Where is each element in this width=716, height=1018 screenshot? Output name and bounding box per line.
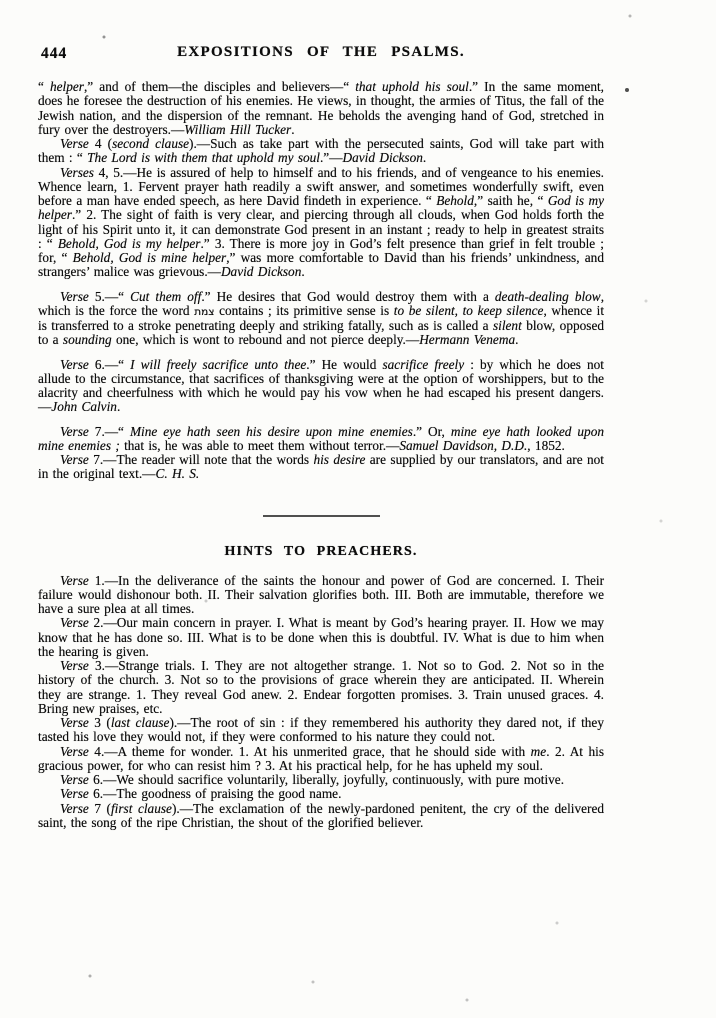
text-segment: 7.—The reader will note that the words xyxy=(89,452,314,467)
paragraph: Verse 6.—We should sacrifice voluntarily… xyxy=(38,773,604,787)
italic-text-segment: Verse xyxy=(60,658,89,673)
italic-text-segment: David Dickson xyxy=(343,150,423,165)
italic-text-segment: Verse xyxy=(60,289,89,304)
hebrew-word: צמת xyxy=(194,306,214,318)
text-segment: ,” saith he, “ xyxy=(474,193,548,208)
italic-text-segment: sounding xyxy=(63,332,112,347)
italic-text-segment: Cut them off xyxy=(130,289,201,304)
text-segment: . xyxy=(117,399,120,414)
text-segment: .” He desires that God would destroy the… xyxy=(201,289,495,304)
italic-text-segment: first clause xyxy=(111,801,172,816)
italic-text-segment: Verse xyxy=(60,452,89,467)
paragraph: Verse 7 (first clause).—The exclamation … xyxy=(38,802,604,831)
italic-text-segment: Verse xyxy=(60,715,89,730)
paragraph: Verse 6.—“ I will freely sacrifice unto … xyxy=(38,358,604,415)
text-segment: , 1852. xyxy=(527,438,565,453)
italic-text-segment: Verse xyxy=(60,357,89,372)
text-segment: 1.—In the deliverance of the saints the … xyxy=(38,573,604,617)
text-segment: 4.—A theme for wonder. 1. At his unmerit… xyxy=(89,744,531,759)
text-segment: 7.—“ xyxy=(89,424,130,439)
italic-text-segment: John Calvin xyxy=(51,399,117,414)
italic-text-segment: William Hill Tucker xyxy=(184,122,291,137)
paragraph: Verse 7.—The reader will note that the w… xyxy=(38,453,604,482)
paragraph: Verse 5.—“ Cut them off.” He desires tha… xyxy=(38,290,604,348)
paragraph: Verse 3.—Strange trials. I. They are not… xyxy=(38,659,604,716)
paragraph: “ helper,” and of them—the disciples and… xyxy=(38,80,604,137)
text-segment: ,” and of them—the disciples and believe… xyxy=(84,79,355,94)
italic-text-segment: The Lord is with them that uphold my sou… xyxy=(87,150,320,165)
text-segment: one, which is wont to rebound and not pi… xyxy=(112,332,420,347)
italic-text-segment: Samuel Davidson, D.D. xyxy=(399,438,527,453)
paragraph: Verse 3 (last clause).—The root of sin :… xyxy=(38,716,604,745)
section-divider xyxy=(263,515,380,517)
paragraph: Verse 6.—The goodness of praising the go… xyxy=(38,787,604,801)
italic-text-segment: Verse xyxy=(60,744,89,759)
italic-text-segment: C. H. S. xyxy=(155,466,199,481)
italic-text-segment: Mine eye hath seen his desire upon mine … xyxy=(130,424,413,439)
text-segment: . xyxy=(515,332,518,347)
page-header: 444 EXPOSITIONS OF THE PSALMS. xyxy=(38,44,604,64)
text-segment: 6.—We should sacrifice voluntarily, libe… xyxy=(89,772,564,787)
italic-text-segment: last clause xyxy=(111,715,170,730)
text-segment: . xyxy=(423,150,426,165)
text-segment: 2.—Our main concern in prayer. I. What i… xyxy=(38,615,604,659)
paragraph: Verse 7.—“ Mine eye hath seen his desire… xyxy=(38,425,604,454)
italic-text-segment: Verse xyxy=(60,615,89,630)
italic-text-segment: Behold, God is my helper xyxy=(58,236,201,251)
paragraph: Verse 4 (second clause).—Such as take pa… xyxy=(38,137,604,166)
page-content: 444 EXPOSITIONS OF THE PSALMS. “ helper,… xyxy=(38,44,604,830)
paragraph: Verse 1.—In the deliverance of the saint… xyxy=(38,574,604,617)
paragraph: Verses 4, 5.—He is assured of help to hi… xyxy=(38,166,604,280)
italic-text-segment: death-dealing blow xyxy=(495,289,601,304)
italic-text-segment: Verse xyxy=(60,786,89,801)
italic-text-segment: his desire xyxy=(313,452,365,467)
text-segment: 6.—“ xyxy=(89,357,130,372)
page-body: “ helper,” and of them—the disciples and… xyxy=(38,80,604,830)
text-segment: contains ; its primitive sense is xyxy=(214,303,393,318)
text-segment: 4 ( xyxy=(89,136,112,151)
book-page: 444 EXPOSITIONS OF THE PSALMS. “ helper,… xyxy=(0,0,716,1018)
text-segment: .”— xyxy=(320,150,343,165)
italic-text-segment: Verse xyxy=(60,424,89,439)
paragraph: Verse 2.—Our main concern in prayer. I. … xyxy=(38,616,604,659)
text-segment: 3 ( xyxy=(89,715,111,730)
text-segment: “ xyxy=(38,79,50,94)
paragraph: Verse 4.—A theme for wonder. 1. At his u… xyxy=(38,745,604,774)
italic-text-segment: Hermann Venema xyxy=(419,332,515,347)
italic-text-segment: Behold xyxy=(436,193,474,208)
italic-text-segment: Verse xyxy=(60,772,89,787)
italic-text-segment: to be silent, to keep silence xyxy=(394,303,544,318)
text-segment: 7 ( xyxy=(89,801,111,816)
italic-text-segment: Verse xyxy=(60,573,89,588)
section-heading: HINTS TO PREACHERS. xyxy=(38,544,604,560)
italic-text-segment: Verses xyxy=(60,165,94,180)
italic-text-segment: silent xyxy=(493,318,522,333)
page-number: 444 xyxy=(41,45,67,63)
italic-text-segment: that uphold his soul xyxy=(355,79,469,94)
scan-noise-speckles xyxy=(0,0,2,2)
text-segment: 6.—The goodness of praising the good nam… xyxy=(89,786,342,801)
italic-text-segment: Verse xyxy=(60,136,89,151)
italic-text-segment: second clause xyxy=(112,136,189,151)
italic-text-segment: I will freely sacrifice unto thee xyxy=(130,357,306,372)
italic-text-segment: Behold, God is mine helper xyxy=(73,250,227,265)
italic-text-segment: helper xyxy=(50,79,84,94)
italic-text-segment: me xyxy=(531,744,547,759)
text-segment: . xyxy=(301,264,304,279)
italic-text-segment: Verse xyxy=(60,801,89,816)
text-segment: . xyxy=(291,122,294,137)
text-segment: .” Or, xyxy=(413,424,451,439)
italic-text-segment: David Dickson xyxy=(221,264,301,279)
text-segment: .” He would xyxy=(306,357,382,372)
text-segment: 3.—Strange trials. I. They are not altog… xyxy=(38,658,604,716)
text-segment: 5.—“ xyxy=(89,289,130,304)
running-title: EXPOSITIONS OF THE PSALMS. xyxy=(38,44,604,61)
text-segment: that is, he was able to meet them withou… xyxy=(120,438,400,453)
italic-text-segment: sacrifice freely xyxy=(382,357,464,372)
